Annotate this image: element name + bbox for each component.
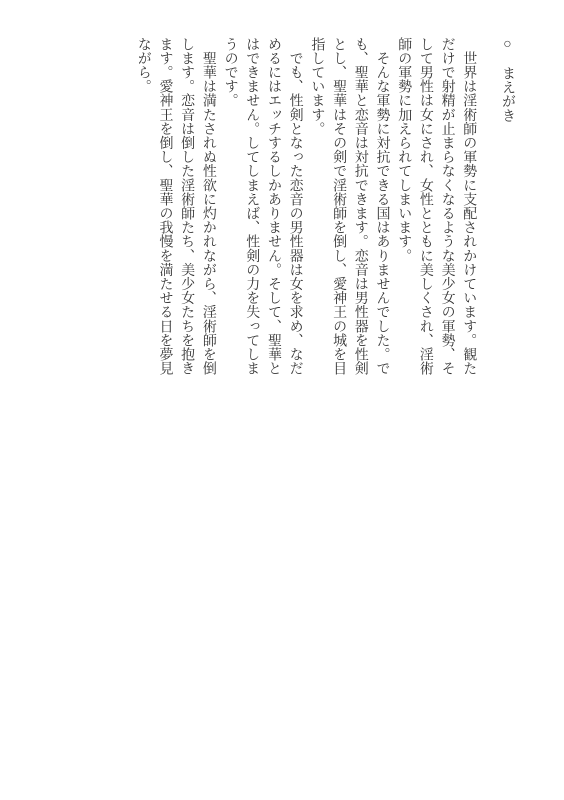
text-line: して男性は女にされ、女性とともに美しくされ、淫術 bbox=[414, 37, 436, 381]
preface-text-block: ○ まえがき 世界は淫術師の軍勢に支配されかけています。観た だけで射精が止まら… bbox=[132, 37, 518, 381]
text-line: めるにはエッチするしかありません。そして、聖華と bbox=[262, 37, 284, 381]
text-line: でも、性剣となった恋音の男性器は女を求め、なだ bbox=[284, 37, 306, 381]
text-line: そんな軍勢に対抗できる国はありませんでした。で bbox=[371, 37, 393, 381]
text-line: 師の軍勢に加えられてしまいます。 bbox=[392, 37, 414, 381]
text-line: ながら。 bbox=[132, 37, 154, 381]
text-line: うのです。 bbox=[219, 37, 241, 381]
text-line: 世界は淫術師の軍勢に支配されかけています。観た bbox=[458, 37, 480, 381]
text-line: とし、聖華はその剣で淫術師を倒し、愛神王の城を目 bbox=[327, 37, 349, 381]
text-line: 指しています。 bbox=[306, 37, 328, 381]
preface-heading: ○ まえがき bbox=[496, 37, 518, 381]
text-line: 聖華は満たされぬ性欲に灼かれながら、淫術師を倒 bbox=[197, 37, 219, 381]
text-line: ます。愛神王を倒し、聖華の我慢を満たせる日を夢見 bbox=[154, 37, 176, 381]
text-line: はできません。してしまえば、性剣の力を失ってしま bbox=[241, 37, 263, 381]
text-line: も、聖華と恋音は対抗できます。恋音は男性器を性剣 bbox=[349, 37, 371, 381]
book-page: ○ まえがき 世界は淫術師の軍勢に支配されかけています。観た だけで射精が止まら… bbox=[0, 0, 564, 800]
text-line: します。恋音は倒した淫術師たち、美少女たちを抱き bbox=[175, 37, 197, 381]
text-line: だけで射精が止まらなくなるような美少女の軍勢、そ bbox=[436, 37, 458, 381]
